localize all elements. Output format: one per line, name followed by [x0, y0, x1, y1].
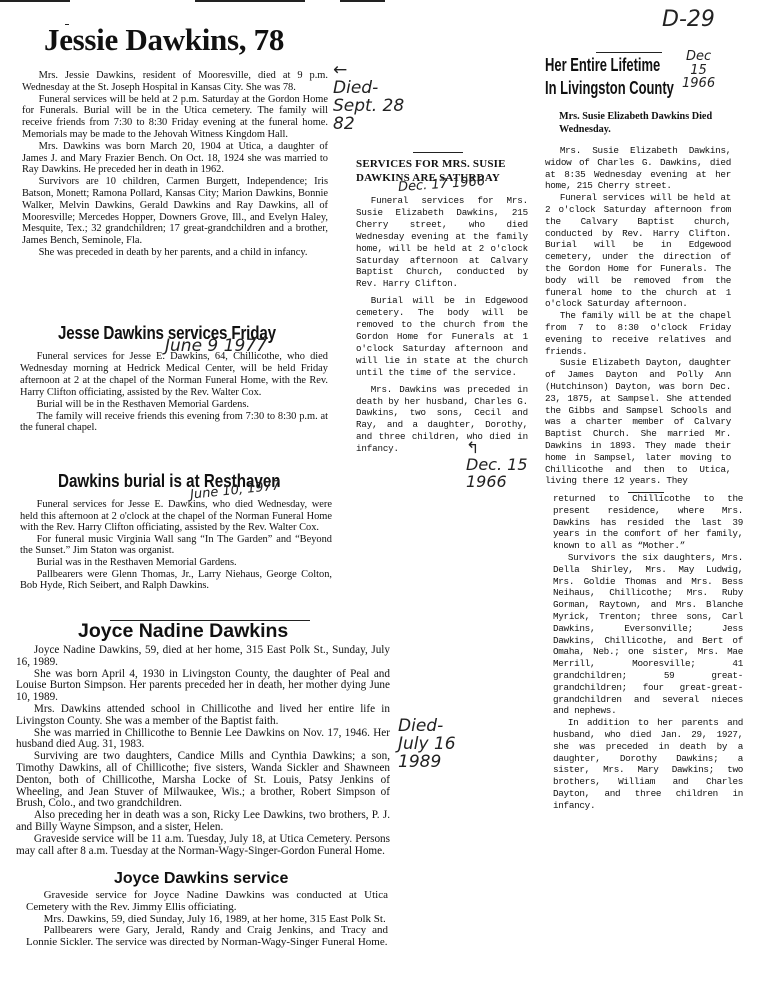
top-scan-rule [195, 0, 305, 2]
paragraph: Pallbearers were Glenn Thomas, Jr., Larr… [20, 569, 332, 592]
paragraph: Mrs. Dawkins attended school in Chillico… [16, 704, 390, 728]
headline-line-2: In Livingston County [545, 77, 682, 100]
paragraph: Burial will be in Edgewood cemetery. The… [356, 295, 528, 378]
paragraph: Burial will be in the Resthaven Memorial… [20, 399, 328, 411]
headline: Jessie Dawkins, 78 [44, 22, 328, 58]
paragraph: The family will receive friends this eve… [20, 411, 328, 435]
paragraph: Susie Elizabeth Dayton, daughter of Jame… [545, 357, 731, 487]
clipping-her-entire-lifetime: Her Entire Lifetime In Livingston County… [545, 54, 735, 487]
paragraph: She was preceded in death by her parents… [22, 247, 328, 259]
page-label: D-29 [662, 8, 715, 31]
paragraph: Graveside service for Joyce Nadine Dawki… [26, 890, 388, 914]
paragraph: Burial was in the Resthaven Memorial Gar… [20, 557, 332, 569]
headline: Joyce Nadine Dawkins [78, 620, 390, 643]
handwritten-date: June 9 1977 [165, 338, 267, 356]
paragraph: Funeral services will be held at 2 o'clo… [545, 192, 731, 310]
article-body: Mrs. Jessie Dawkins, resident of Mooresv… [22, 70, 328, 259]
subheadline: Mrs. Susie Elizabeth Dawkins Died Wednes… [559, 110, 729, 136]
clipping-joyce-nadine-dawkins: Joyce Nadine Dawkins Joyce Nadine Dawkin… [16, 620, 390, 857]
paragraph: Graveside service will be 11 a.m. Tuesda… [16, 834, 390, 858]
paragraph: Surviving are two daughters, Candice Mil… [16, 751, 390, 810]
paragraph: Funeral services for Jesse E. Dawkins, 6… [20, 351, 328, 399]
article-body: Graveside service for Joyce Nadine Dawki… [26, 890, 388, 949]
paragraph: Funeral services for Mrs. Susie Elizabet… [356, 195, 528, 290]
clipping-dawkins-burial-resthaven: Dawkins burial is at Resthaven Funeral s… [20, 470, 332, 592]
paragraph: Funeral services will be held at 2 p.m. … [22, 94, 328, 141]
paragraph: returned to Chillicothe to the present r… [553, 493, 743, 552]
paragraph: She was married in Chillicothe to Bennie… [16, 728, 390, 752]
article-body: Funeral services for Jesse E. Dawkins, w… [20, 499, 332, 592]
top-scan-rule [0, 0, 70, 2]
article-body: Mrs. Susie Elizabeth Dawkins, widow of C… [545, 145, 731, 487]
handwritten-date: Dec 15 1966 [682, 50, 715, 91]
paragraph: Pallbearers were Gary, Jerald, Randy and… [26, 925, 388, 949]
handwritten-death-note: ↰ Dec. 15 1966 [466, 440, 528, 490]
clipping-jessie-dawkins-78: Jessie Dawkins, 78 Mrs. Jessie Dawkins, … [22, 22, 328, 259]
article-body: Funeral services for Mrs. Susie Elizabet… [356, 195, 528, 455]
paragraph: Mrs. Jessie Dawkins, resident of Mooresv… [22, 70, 328, 94]
article-body: returned to Chillicothe to the present r… [553, 493, 743, 812]
paragraph: Funeral services for Jesse E. Dawkins, w… [20, 499, 332, 534]
clipping-joyce-dawkins-service: Joyce Dawkins service Graveside service … [26, 870, 388, 949]
paragraph: She was born April 4, 1930 in Livingston… [16, 669, 390, 704]
clipping-services-for-susie-dawkins: SERVICES FOR MRS. SUSIE DAWKINS ARE SATU… [356, 157, 528, 460]
handwritten-death-note: Died- July 16 1989 [398, 718, 456, 772]
paragraph: In addition to her parents and husband, … [553, 717, 743, 811]
paragraph: Mrs. Susie Elizabeth Dawkins, widow of C… [545, 145, 731, 192]
paragraph: The family will be at the chapel from 7 … [545, 310, 731, 357]
handwritten-death-note: ← Died- Sept. 28 82 [333, 62, 404, 133]
paragraph: Mrs. Dawkins was born March 20, 1904 at … [22, 141, 328, 176]
paragraph: For funeral music Virginia Wall sang “In… [20, 534, 332, 557]
paragraph: Survivors the six daughters, Mrs. Della … [553, 552, 743, 717]
clipping-her-entire-lifetime-continued: returned to Chillicothe to the present r… [553, 493, 743, 812]
article-body: Funeral services for Jesse E. Dawkins, 6… [20, 351, 328, 434]
paragraph: Joyce Nadine Dawkins, 59, died at her ho… [16, 645, 390, 669]
clipping-rule [413, 152, 463, 153]
headline: Joyce Dawkins service [114, 870, 388, 888]
article-body: Joyce Nadine Dawkins, 59, died at her ho… [16, 645, 390, 857]
paragraph: Survivors are 10 children, Carmen Burget… [22, 176, 328, 247]
paragraph: Also preceding her in death was a son, R… [16, 810, 390, 834]
headline-line-1: Her Entire Lifetime [545, 54, 682, 77]
clipping-rule [596, 52, 662, 53]
top-scan-rule [340, 0, 385, 2]
